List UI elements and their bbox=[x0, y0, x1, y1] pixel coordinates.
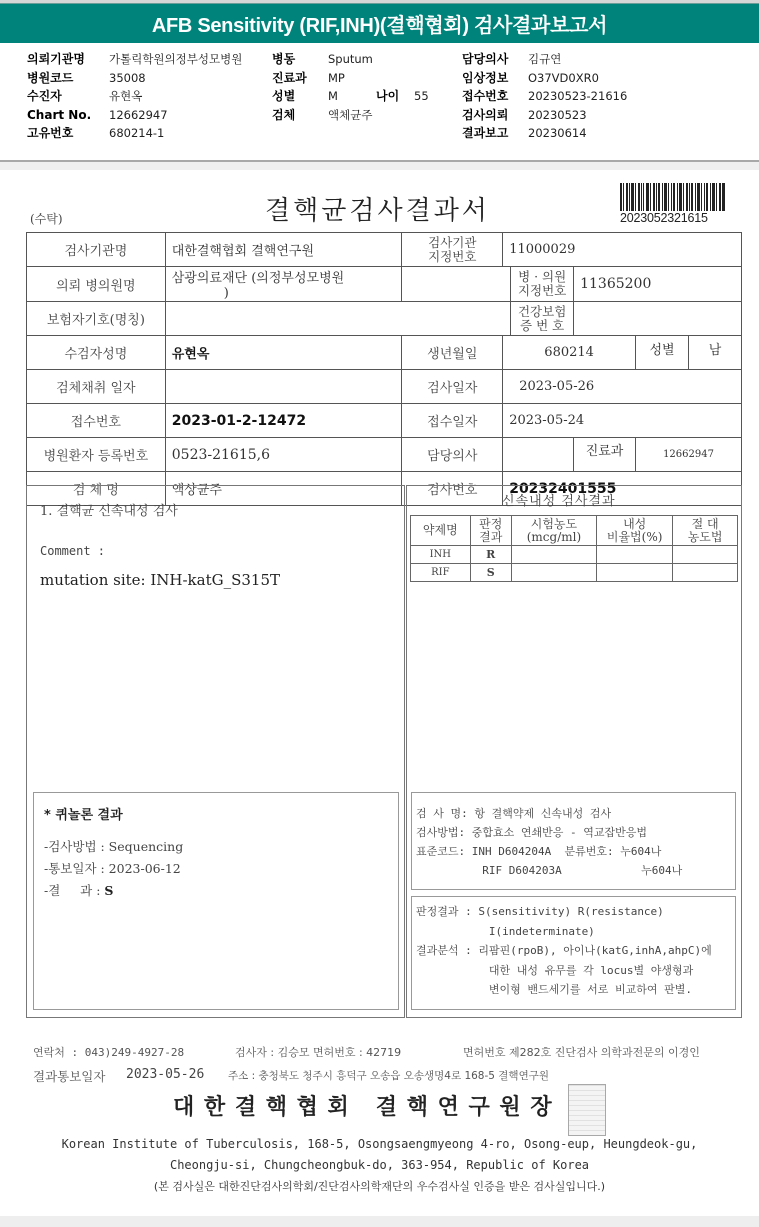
footer-address-kr: 주소 : 충청북도 청주시 흥덕구 오송읍 오송생명4로 168-5 결핵연구원 bbox=[228, 1068, 549, 1083]
label-lab-name: 검사기관명 bbox=[27, 233, 166, 267]
label-ward: 병동 bbox=[272, 50, 328, 69]
label-insurer: 보험자기호(명칭) bbox=[27, 302, 166, 336]
footer-specialist: 면허번호 제282호 진단검사 의학과전문의 이경인 bbox=[463, 1044, 700, 1060]
label-test-request: 검사의뢰 bbox=[462, 106, 528, 125]
label-chart-no: Chart No. bbox=[27, 106, 109, 125]
footer-address-en-2: Cheongju-si, Chungcheongbuk-do, 363-954,… bbox=[0, 1158, 759, 1172]
mutation-comment: mutation site: INH-katG_S315T bbox=[40, 571, 280, 589]
quinolone-date: -통보일자 : 2023-06-12 bbox=[44, 859, 181, 877]
cell-conc bbox=[511, 546, 596, 564]
label-hospital-code-line1: 병 · 의원 bbox=[513, 270, 571, 284]
label-receipt-no: 접수번호 bbox=[462, 87, 528, 106]
value-clinical-info: O37VD0XR0 bbox=[528, 69, 599, 88]
label-dept: 진료과 bbox=[573, 438, 635, 471]
comment-label: Comment : bbox=[40, 544, 105, 558]
value-doctor: 김규연 bbox=[528, 50, 561, 69]
header-absolute-line1: 절 대 bbox=[673, 518, 737, 531]
header-absolute-line2: 농도법 bbox=[673, 531, 737, 544]
quinolone-result-label: -결 과 : bbox=[44, 883, 104, 898]
cell-result: R bbox=[470, 546, 511, 564]
label-clinical-info: 임상정보 bbox=[462, 69, 528, 88]
value-reg-no: 0523-21615,6 bbox=[165, 438, 402, 472]
value-lab-code: 11000029 bbox=[503, 233, 742, 267]
label-patient-name: 수검자성명 bbox=[27, 336, 166, 370]
label-specimen: 검체 bbox=[272, 106, 328, 125]
official-seal-icon bbox=[568, 1084, 606, 1136]
quinolone-title: * 퀴놀론 결과 bbox=[44, 804, 123, 823]
label-result-report: 결과보고 bbox=[462, 124, 528, 143]
sex-cell: 성별남 bbox=[636, 336, 742, 370]
cell-absolute bbox=[673, 564, 738, 582]
value-hospital-code: 11365200 bbox=[574, 267, 742, 302]
value-lab-name: 대한결핵협회 결핵연구원 bbox=[165, 233, 402, 267]
value-ward: Sputum bbox=[328, 50, 373, 69]
footer-tester: 검사자 : 김승모 면허번호 : 42719 bbox=[235, 1044, 401, 1060]
header-concentration: 시험농도(mcg/ml) bbox=[511, 516, 596, 546]
label-birth: 생년월일 bbox=[402, 336, 503, 370]
cell-drug: INH bbox=[411, 546, 471, 564]
table-row: RIF S bbox=[411, 564, 738, 582]
scan-bottom-band bbox=[0, 1216, 759, 1227]
value-sex: M bbox=[328, 87, 376, 106]
interpretation-line: 변이형 밴드세기를 서로 비교하여 판별. bbox=[416, 980, 712, 1000]
value-requesting-institution: 가톨릭학원의정부성모병원 bbox=[109, 50, 242, 69]
footer-certification: (본 검사실은 대한진단검사의학회/진단검사의학재단의 우수검사실 인증을 받은… bbox=[0, 1178, 759, 1194]
value-specimen: 액체균주 bbox=[328, 106, 372, 125]
value-doctor-name bbox=[503, 438, 573, 471]
label-lab-code-line1: 검사기관 bbox=[408, 236, 496, 250]
value-dept: 12662947 bbox=[636, 438, 742, 472]
value-chart-no: 12662947 bbox=[109, 106, 168, 125]
report-header-title: AFB Sensitivity (RIF,INH)(결핵협회) 검사결과보고서 bbox=[0, 3, 759, 43]
value-receipt-no: 2023-01-2-12472 bbox=[165, 404, 402, 438]
label-insurance-no-line2: 증 번 호 bbox=[513, 319, 571, 333]
label-age: 나이 bbox=[376, 87, 414, 106]
value-age: 55 bbox=[414, 87, 429, 106]
header-proportion-line2: 비율법(%) bbox=[597, 531, 672, 544]
method-line: 표준코드: INH D604204A 분류번호: 누604나 bbox=[416, 842, 682, 861]
value-doctor: 진료과 bbox=[503, 438, 636, 472]
label-receipt-date: 접수일자 bbox=[402, 404, 503, 438]
value-test-request: 20230523 bbox=[528, 106, 587, 125]
label-hospital-code: 병 · 의원지정번호 bbox=[511, 267, 574, 302]
patient-info-col1: 의뢰기관명가톨릭학원의정부성모병원 병원코드35008 수진자유현옥 Chart… bbox=[27, 50, 242, 143]
barcode-number: 2023052321615 bbox=[620, 211, 708, 225]
cell-result: S bbox=[470, 564, 511, 582]
barcode-icon bbox=[620, 183, 725, 211]
interpretation-line: 판정결과 : S(sensitivity) R(resistance) bbox=[416, 902, 712, 922]
label-doctor: 담당의사 bbox=[402, 438, 503, 472]
value-receipt-no: 20230523-21616 bbox=[528, 87, 627, 106]
header-result-line2: 결과 bbox=[471, 531, 511, 544]
value-insurer bbox=[165, 302, 510, 336]
method-text: 검 사 명: 항 결핵약제 신속내성 검사검사방법: 중합효소 연쇄반응 - 역… bbox=[416, 804, 682, 880]
label-collect-date: 검체채취 일자 bbox=[27, 370, 166, 404]
quinolone-method: -검사방법 : Sequencing bbox=[44, 837, 183, 855]
header-proportion-line1: 내성 bbox=[597, 518, 672, 531]
value-result-report: 20230614 bbox=[528, 124, 587, 143]
interpretation-line: I(indeterminate) bbox=[416, 922, 712, 942]
value-department: MP bbox=[328, 69, 345, 88]
label-hospital: 의뢰 병의원명 bbox=[27, 267, 166, 302]
header-absolute: 절 대농도법 bbox=[673, 516, 738, 546]
label-sex: 성별 bbox=[272, 87, 328, 106]
label-unique-no: 고유번호 bbox=[27, 124, 109, 143]
footer-contact: 연락처 : 043)249-4927-28 bbox=[33, 1044, 184, 1060]
header-result: 판정결과 bbox=[470, 516, 511, 546]
label-patient: 수진자 bbox=[27, 87, 109, 106]
value-hospital-code: 35008 bbox=[109, 69, 146, 88]
susceptibility-result-table: 약제명 판정결과 시험농도(mcg/ml) 내성비율법(%) 절 대농도법 IN… bbox=[410, 515, 738, 582]
label-lab-code: 검사기관지정번호 bbox=[402, 233, 503, 267]
value-patient-name: 유현옥 bbox=[165, 336, 402, 370]
section-title: 1. 결핵균 신속내성 검사 bbox=[40, 500, 178, 519]
quinolone-result-value: S bbox=[104, 883, 113, 898]
header-drug: 약제명 bbox=[411, 516, 471, 546]
method-line: RIF D604203A 누604나 bbox=[416, 861, 682, 880]
quinolone-box bbox=[33, 792, 399, 1010]
interpretation-line: 결과분석 : 리팜핀(rpoB), 아이나(katG,inhA,ahpC)에 bbox=[416, 941, 712, 961]
header-drug-line1: 약제명 bbox=[411, 524, 470, 537]
header-result-line1: 판정 bbox=[471, 518, 511, 531]
cell-absolute bbox=[673, 546, 738, 564]
label-reg-no: 병원환자 등록번호 bbox=[27, 438, 166, 472]
document-title: 결핵균검사결과서 bbox=[265, 190, 490, 227]
footer-notify-date: 2023-05-26 bbox=[126, 1067, 204, 1082]
cell-ratio bbox=[597, 546, 673, 564]
label-insurance-no-line1: 건강보험 bbox=[513, 305, 571, 319]
scan-top-band bbox=[0, 162, 759, 170]
value-hospital-name: 삼광의료재단 (의정부성모병원 bbox=[172, 271, 344, 286]
patient-info-col3: 담당의사김규연 임상정보O37VD0XR0 접수번호20230523-21616… bbox=[462, 50, 627, 143]
header-proportion: 내성비율법(%) bbox=[597, 516, 673, 546]
footer-notify-label: 결과통보일자 bbox=[33, 1067, 105, 1085]
method-line: 검 사 명: 항 결핵약제 신속내성 검사 bbox=[416, 804, 682, 823]
label-receipt-no: 접수번호 bbox=[27, 404, 166, 438]
value-collect-date bbox=[165, 370, 402, 404]
method-line: 검사방법: 중합효소 연쇄반응 - 역교잡반응법 bbox=[416, 823, 682, 842]
patient-info-col2: 병동Sputum 진료과MP 성별M나이55 검체액체균주 bbox=[272, 50, 429, 124]
value-patient: 유현옥 bbox=[109, 87, 142, 106]
label-lab-code-line2: 지정번호 bbox=[408, 250, 496, 264]
value-unique-no: 680214-1 bbox=[109, 124, 164, 143]
label-test-date: 검사일자 bbox=[402, 370, 503, 404]
value-test-date: 2023-05-26 bbox=[503, 370, 742, 404]
label-sex: 성별 bbox=[636, 336, 689, 369]
interpretation-line: 대한 내성 유무를 각 locus별 야생형과 bbox=[416, 961, 712, 981]
cell-conc bbox=[511, 564, 596, 582]
header-concentration-line1: 시험농도 bbox=[512, 518, 596, 531]
value-insurance-no bbox=[574, 302, 742, 336]
value-sex: 남 bbox=[689, 336, 741, 369]
quinolone-result-row: -결 과 : S bbox=[44, 881, 113, 899]
org-signature: 대 한 결 핵 협 회 결 핵 연 구 원 장 bbox=[173, 1090, 553, 1121]
patient-details-table: 검사기관명 대한결핵협회 결핵연구원 검사기관지정번호 11000029 의뢰 … bbox=[26, 232, 742, 506]
label-department: 진료과 bbox=[272, 69, 328, 88]
cell-ratio bbox=[597, 564, 673, 582]
result-table-title: 신속내성 검사결과 bbox=[502, 490, 616, 509]
value-receipt-date: 2023-05-24 bbox=[503, 404, 742, 438]
label-requesting-institution: 의뢰기관명 bbox=[27, 50, 109, 69]
label-insurance-no: 건강보험증 번 호 bbox=[511, 302, 574, 336]
label-hospital-code-line2: 지정번호 bbox=[513, 284, 571, 298]
label-hospital-code: 병원코드 bbox=[27, 69, 109, 88]
header-concentration-line2: (mcg/ml) bbox=[512, 531, 596, 544]
value-hospital: 삼광의료재단 (의정부성모병원) bbox=[165, 267, 402, 302]
consignment-tag: (수탁) bbox=[30, 210, 63, 227]
footer-address-en-1: Korean Institute of Tuberculosis, 168-5,… bbox=[0, 1137, 759, 1151]
label-doctor: 담당의사 bbox=[462, 50, 528, 69]
value-hospital-close: ) bbox=[224, 286, 229, 301]
value-birth: 680214 bbox=[503, 336, 636, 370]
interpretation-text: 판정결과 : S(sensitivity) R(resistance) I(in… bbox=[416, 902, 712, 1000]
table-row: INH R bbox=[411, 546, 738, 564]
cell-drug: RIF bbox=[411, 564, 471, 582]
